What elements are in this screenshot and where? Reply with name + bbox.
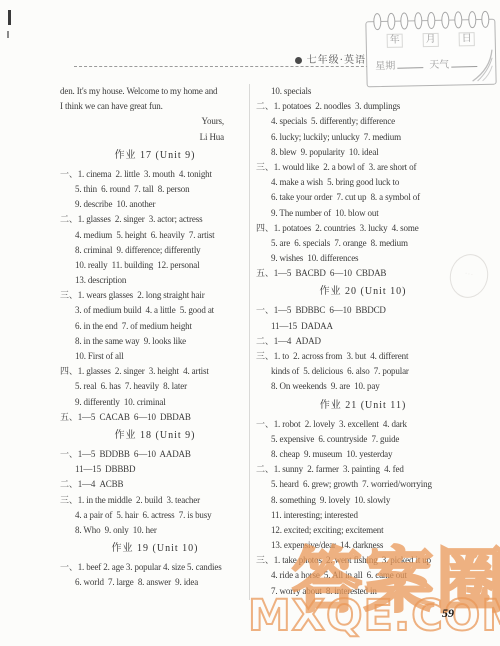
- answer-line: 10. First of all: [60, 349, 250, 364]
- calendar-day-label: 日: [459, 32, 475, 46]
- answer-line: 10. specials: [256, 84, 470, 99]
- answer-line: 4. specials 5. differently; difference: [256, 114, 470, 129]
- answer-line: 二、1. potatoes 2. noodles 3. dumplings: [256, 99, 470, 114]
- answer-line: 二、1—4 ADAD: [256, 334, 470, 349]
- answer-line: 8. On weekends 9. are 10. pay: [256, 379, 470, 394]
- section-heading: 作业 18 (Unit 9): [60, 425, 250, 447]
- answer-line: 6. take your order 7. cut up 8. a symbol…: [256, 190, 470, 205]
- answer-line: 8. something 9. lovely 10. slowly: [256, 493, 470, 508]
- page-curl-decoration: [452, 49, 495, 84]
- grade-subject-label: 七年级·英语: [307, 55, 366, 66]
- answer-line: 11—15 DBBBD: [60, 462, 250, 477]
- answer-line: 一、1—5 BDBBC 6—10 BBDCD: [256, 303, 470, 318]
- answer-line: 五、1—5 BACBD 6—10 CBDAB: [256, 266, 470, 281]
- scan-edge-artifact: [8, 10, 11, 25]
- answer-line: 13. description: [60, 273, 250, 288]
- section-heading: 作业 17 (Unit 9): [60, 145, 250, 167]
- bullet-icon: [295, 57, 302, 64]
- answer-line: den. It's my house. Welcome to my home a…: [60, 84, 250, 99]
- scanned-answer-page: 七年级·英语 年 月 日 星期天气 den. It's my house. We…: [0, 0, 500, 646]
- header-rule: [74, 66, 374, 67]
- calendar-notepad-graphic: 年 月 日 星期天气: [365, 19, 496, 88]
- answer-line: 三、1. to 2. across from 3. but 4. differe…: [256, 349, 470, 364]
- answer-line: 13. expensive/dear 14. darkness: [256, 538, 470, 553]
- answer-line: 6. in the end 7. of medium height: [60, 319, 250, 334]
- answer-line: 二、1. sunny 2. farmer 3. painting 4. fed: [256, 462, 470, 477]
- answer-line: 一、1. cinema 2. little 3. mouth 4. tonigh…: [60, 167, 250, 182]
- answer-line: 12. excited; exciting; excitement: [256, 523, 470, 538]
- section-heading: 作业 19 (Unit 10): [60, 538, 250, 560]
- section-heading: 作业 21 (Unit 11): [256, 395, 470, 417]
- answer-line: 6. world 7. large 8. answer 9. idea: [60, 575, 250, 590]
- answer-line: 9. wishes 10. differences: [256, 251, 470, 266]
- section-heading: 作业 20 (Unit 10): [256, 281, 470, 303]
- answer-line: 四、1. glasses 2. singer 3. height 4. arti…: [60, 364, 250, 379]
- spiral-rings-icon: [373, 11, 489, 30]
- answer-line: 11. interesting; interested: [256, 508, 470, 523]
- answer-line: 4. a pair of 5. hair 6. actress 7. is bu…: [60, 508, 250, 523]
- answers-column-right: 10. specials二、1. potatoes 2. noodles 3. …: [256, 84, 470, 599]
- answer-line: 9. differently 10. criminal: [60, 395, 250, 410]
- answers-column-left: den. It's my house. Welcome to my home a…: [60, 84, 250, 590]
- answer-line: 8. cheap 9. museum 10. yesterday: [256, 447, 470, 462]
- answer-line: 7. worry about 8. interested in: [256, 584, 470, 599]
- answer-line: 三、1. take photos 2. went fishing 3. pick…: [256, 553, 470, 568]
- answer-line: 11—15 DADAA: [256, 319, 470, 334]
- answer-line: 8. blew 9. popularity 10. ideal: [256, 145, 470, 160]
- answer-line: 8. criminal 9. difference; differently: [60, 243, 250, 258]
- answer-line: 4. make a wish 5. bring good luck to: [256, 175, 470, 190]
- answer-line: 9. The number of 10. blow out: [256, 206, 470, 221]
- write-in-blank: [397, 58, 423, 69]
- answer-line: 4. medium 5. height 6. heavily 7. artist: [60, 228, 250, 243]
- answer-line: 二、1—4 ACBB: [60, 477, 250, 492]
- answer-line: 6. lucky; luckily; unlucky 7. medium: [256, 130, 470, 145]
- calendar-month-label: 月: [423, 33, 439, 47]
- answer-line: 9. describe 10. another: [60, 197, 250, 212]
- calendar-weather-label: 天气: [429, 60, 449, 71]
- answer-line: kinds of 5. delicious 6. also 7. popular: [256, 364, 470, 379]
- calendar-week-label: 星期: [375, 61, 395, 72]
- calendar-year-label: 年: [387, 34, 403, 48]
- answer-line: 3. of medium build 4. a little 5. good a…: [60, 303, 250, 318]
- calendar-date-row: 年 月 日: [367, 32, 495, 49]
- answer-line: Yours,: [60, 114, 250, 129]
- answer-line: 5. thin 6. round 7. tall 8. person: [60, 182, 250, 197]
- watermark-site-url: MXQE.COM: [248, 594, 500, 638]
- answer-line: Li Hua: [60, 130, 250, 145]
- answer-line: 一、1. robot 2. lovely 3. excellent 4. dar…: [256, 417, 470, 432]
- answer-line: 5. are 6. specials 7. orange 8. medium: [256, 236, 470, 251]
- page-header: 七年级·英语: [0, 51, 366, 66]
- answer-line: I think we can have great fun.: [60, 99, 250, 114]
- scan-edge-artifact: [7, 31, 9, 38]
- page-number: 59: [442, 606, 454, 621]
- answer-line: 三、1. wears glasses 2. long straight hair: [60, 288, 250, 303]
- answer-line: 4. ride a horse 5. All in all 6. came ou…: [256, 568, 470, 583]
- answer-line: 5. real 6. has 7. heavily 8. later: [60, 379, 250, 394]
- answer-line: 8. in the same way 9. looks like: [60, 334, 250, 349]
- answer-line: 10. really 11. building 12. personal: [60, 258, 250, 273]
- answer-line: 一、1. beef 2. age 3. popular 4. size 5. c…: [60, 560, 250, 575]
- answer-line: 5. expensive 6. countryside 7. guide: [256, 432, 470, 447]
- answer-line: 三、1. would like 2. a bowl of 3. are shor…: [256, 160, 470, 175]
- answer-line: 5. heard 6. grew; growth 7. worried/worr…: [256, 477, 470, 492]
- answer-line: 8. Who 9. only 10. her: [60, 523, 250, 538]
- answer-line: 五、1—5 CACAB 6—10 DBDAB: [60, 410, 250, 425]
- answer-line: 四、1. potatoes 2. countries 3. lucky 4. s…: [256, 221, 470, 236]
- answer-line: 一、1—5 BDDBB 6—10 AADAB: [60, 447, 250, 462]
- answer-line: 三、1. in the middle 2. build 3. teacher: [60, 493, 250, 508]
- answer-line: 二、1. glasses 2. singer 3. actor; actress: [60, 212, 250, 227]
